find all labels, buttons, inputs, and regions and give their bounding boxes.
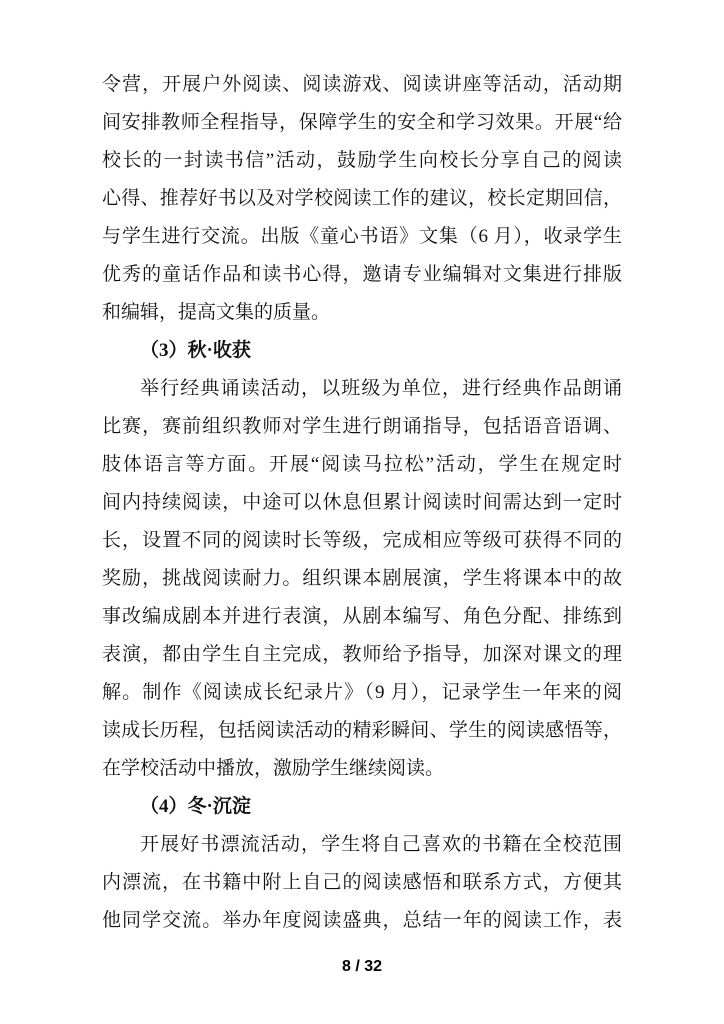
body-text-line: 内漂流，在书籍中附上自己的阅读感悟和联系方式，方便其	[102, 864, 622, 902]
body-text-line: 校长的一封读书信”活动，鼓励学生向校长分享自己的阅读	[102, 142, 622, 180]
body-text-line: 比赛，赛前组织教师对学生进行朗诵指导，包括语音语调、	[102, 408, 622, 446]
body-text-line: 和编辑，提高文集的质量。	[102, 294, 622, 332]
body-text-line: 事改编成剧本并进行表演，从剧本编写、角色分配、排练到	[102, 598, 622, 636]
document-page: 令营，开展户外阅读、阅读游戏、阅读讲座等活动，活动期 间安排教师全程指导，保障学…	[0, 0, 724, 1024]
document-body: 令营，开展户外阅读、阅读游戏、阅读讲座等活动，活动期 间安排教师全程指导，保障学…	[102, 66, 622, 940]
body-text-line: 开展好书漂流活动，学生将自己喜欢的书籍在全校范围	[102, 826, 622, 864]
body-text-line: 与学生进行交流。出版《童心书语》文集（6 月），收录学生	[102, 218, 622, 256]
page-number: 8 / 32	[0, 956, 724, 978]
body-text-line: 他同学交流。举办年度阅读盛典，总结一年的阅读工作，表	[102, 902, 622, 940]
body-text-line: 心得、推荐好书以及对学校阅读工作的建议，校长定期回信，	[102, 180, 622, 218]
body-text-line: 长，设置不同的阅读时长等级，完成相应等级可获得不同的	[102, 522, 622, 560]
body-text-line: 间安排教师全程指导，保障学生的安全和学习效果。开展“给	[102, 104, 622, 142]
body-text-line: 表演，都由学生自主完成，教师给予指导，加深对课文的理	[102, 636, 622, 674]
body-text-line: 肢体语言等方面。开展“阅读马拉松”活动，学生在规定时	[102, 446, 622, 484]
body-text-line: 优秀的童话作品和读书心得，邀请专业编辑对文集进行排版	[102, 256, 622, 294]
body-text-line: 举行经典诵读活动，以班级为单位，进行经典作品朗诵	[102, 370, 622, 408]
section-heading-winter: （4）冬·沉淀	[102, 788, 622, 826]
body-text-line: 解。制作《阅读成长纪录片》（9 月），记录学生一年来的阅	[102, 674, 622, 712]
body-text-line: 读成长历程，包括阅读活动的精彩瞬间、学生的阅读感悟等，	[102, 712, 622, 750]
body-text-line: 令营，开展户外阅读、阅读游戏、阅读讲座等活动，活动期	[102, 66, 622, 104]
section-heading-autumn: （3）秋·收获	[102, 332, 622, 370]
body-text-line: 间内持续阅读，中途可以休息但累计阅读时间需达到一定时	[102, 484, 622, 522]
body-text-line: 奖励，挑战阅读耐力。组织课本剧展演，学生将课本中的故	[102, 560, 622, 598]
body-text-line: 在学校活动中播放，激励学生继续阅读。	[102, 750, 622, 788]
